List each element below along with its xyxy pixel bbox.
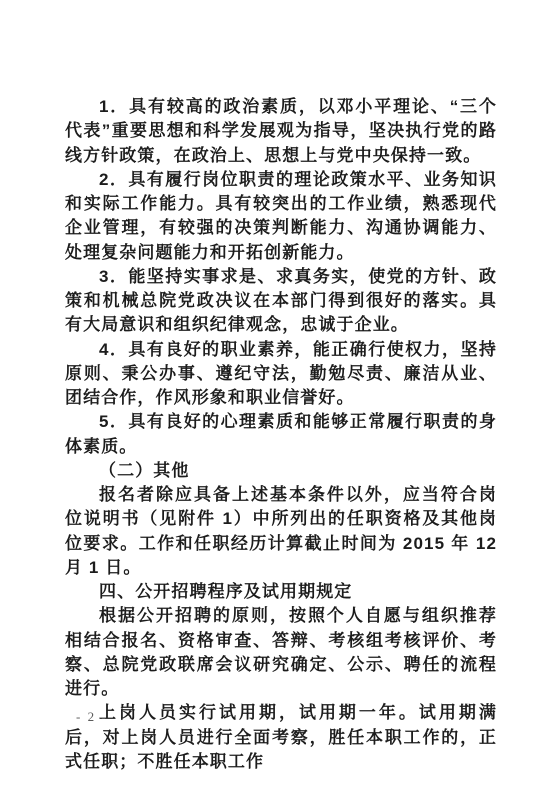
- list-item-3: 3．能坚持实事求是、求真务实，使党的方针、政策和机械总院党政决议在本部门得到很好…: [65, 265, 497, 338]
- document-body: 1．具有较高的政治素质，以邓小平理论、“三个代表”重要思想和科学发展观为指导，坚…: [65, 95, 497, 774]
- paragraph-procedure-flow: 根据公开招聘的原则，按照个人自愿与组织推荐相结合报名、资格审查、答辩、考核组考核…: [65, 604, 497, 701]
- document-page: 1．具有较高的政治素质，以邓小平理论、“三个代表”重要思想和科学发展观为指导，坚…: [0, 0, 558, 786]
- list-item-5: 5．具有良好的心理素质和能够正常履行职责的身体素质。: [65, 410, 497, 459]
- list-item-1: 1．具有较高的政治素质，以邓小平理论、“三个代表”重要思想和科学发展观为指导，坚…: [65, 95, 497, 168]
- page-number: - 2 -: [76, 709, 108, 725]
- list-item-2: 2．具有履行岗位职责的理论政策水平、业务知识和实际工作能力。具有较突出的工作业绩…: [65, 168, 497, 265]
- section-heading-recruitment-procedure: 四、公开招聘程序及试用期规定: [65, 580, 497, 604]
- paragraph-eligibility-note: 报名者除应具备上述基本条件以外，应当符合岗位说明书（见附件 1）中所列出的任职资…: [65, 483, 497, 580]
- list-item-4: 4．具有良好的职业素养，能正确行使权力，坚持原则、秉公办事、遵纪守法，勤勉尽责、…: [65, 338, 497, 411]
- subsection-heading-other: （二）其他: [65, 459, 497, 483]
- paragraph-probation-period: 上岗人员实行试用期，试用期一年。试用期满后，对上岗人员进行全面考察，胜任本职工作…: [65, 701, 497, 774]
